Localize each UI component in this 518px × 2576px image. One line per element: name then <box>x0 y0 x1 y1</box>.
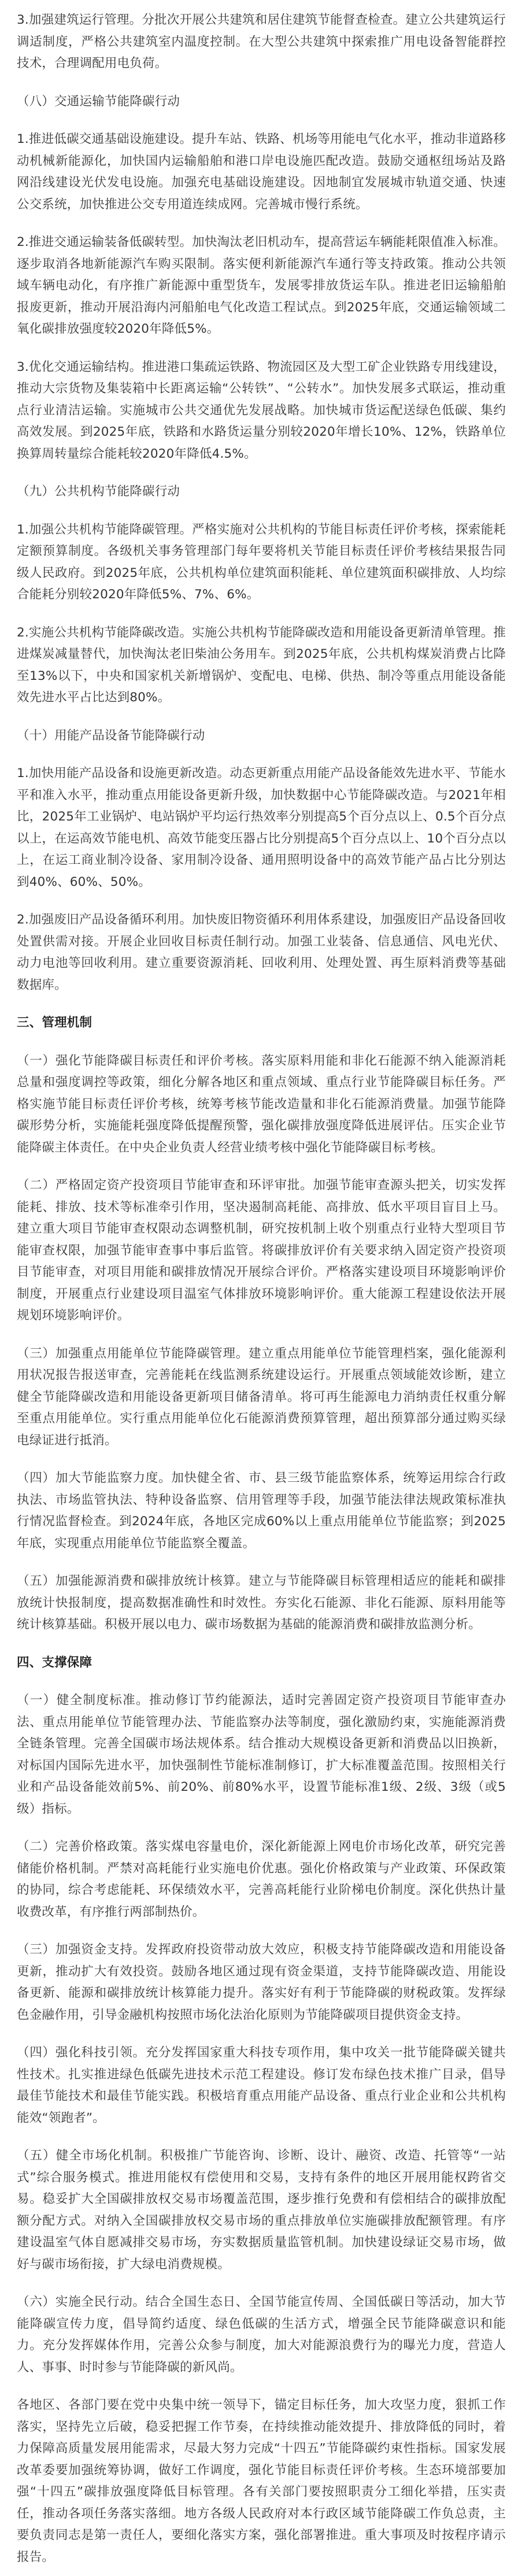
para-building-operation: 3.加强建筑运行管理。分批次开展公共建筑和居住建筑节能督查检查。建立公共建筑运行… <box>17 9 506 75</box>
heading-equipment-action: （十）用能产品设备节能降碳行动 <box>17 725 506 747</box>
para-mgmt-key-units: （三）加强重点用能单位节能降碳管理。建立重点用能单位节能管理档案，强化能源利用状… <box>17 1343 506 1452</box>
heading-transport-action: （八）交通运输节能降碳行动 <box>17 91 506 113</box>
para-support-technology: （四）强化科技引领。充分发挥国家重大科技专项作用，集中攻关一批节能降碳关键共性技… <box>17 2042 506 2129</box>
article-body: 3.加强建筑运行管理。分批次开展公共建筑和居住建筑节能督查检查。建立公共建筑运行… <box>0 0 518 2568</box>
para-equipment-recycling: 2.加强废旧产品设备循环利用。加快废旧物资循环利用体系建设，加强废旧产品设备回收… <box>17 909 506 996</box>
para-transport-infrastructure: 1.推进低碳交通基础设施建设。提升车站、铁路、机场等用能电气化水平，推动非道路移… <box>17 128 506 215</box>
heading-management-mechanism: 三、管理机制 <box>17 1012 506 1034</box>
para-transport-equipment: 2.推进交通运输装备低碳转型。加快淘汰老旧机动车，提高营运车辆能耗限值准入标准。… <box>17 231 506 340</box>
heading-support-guarantee: 四、支撑保障 <box>17 1652 506 1674</box>
para-closing: 各地区、各部门要在党中央集中统一领导下，锚定目标任务，加大攻坚力度，狠抓工作落实… <box>17 2394 506 2568</box>
para-mgmt-statistics: （五）加强能源消费和碳排放统计核算。建立与节能降碳目标管理相适应的能耗和碳排放统… <box>17 1570 506 1636</box>
para-mgmt-supervision: （四）加大节能监察力度。加快健全省、市、县三级节能监察体系，统筹运用综合行政执法… <box>17 1467 506 1554</box>
para-equipment-upgrade: 1.加快用能产品设备和设施更新改造。动态更新重点用能产品设备能效先进水平、节能水… <box>17 763 506 893</box>
para-support-funding: （三）加强资金支持。发挥政府投资带动放大效应，积极支持节能降碳改造和用能设备更新… <box>17 1939 506 2026</box>
para-transport-structure: 3.优化交通运输结构。推进港口集疏运铁路、物流园区及大型工矿企业铁路专用线建设，… <box>17 356 506 465</box>
para-public-institution-management: 1.加强公共机构节能降碳管理。严格实施对公共机构的节能目标责任评价考核，探索能耗… <box>17 519 506 606</box>
para-support-pricing: （二）完善价格政策。落实煤电容量电价，深化新能源上网电价市场化改革，研究完善储能… <box>17 1836 506 1923</box>
heading-public-institution-action: （九）公共机构节能降碳行动 <box>17 481 506 503</box>
para-mgmt-target-responsibility: （一）强化节能降碳目标责任和评价考核。落实原料用能和非化石能源不纳入能源消耗总量… <box>17 1050 506 1159</box>
para-support-standards: （一）健全制度标准。推动修订节约能源法，适时完善固定资产投资项目节能审查办法、重… <box>17 1690 506 1820</box>
para-support-public-action: （六）实施全民行动。结合全国生态日、全国节能宣传周、全国低碳日等活动，加大节能降… <box>17 2291 506 2378</box>
para-support-market: （五）健全市场化机制。积极推广节能咨询、诊断、设计、融资、改造、托管等“一站式”… <box>17 2145 506 2275</box>
para-mgmt-project-review: （二）严格固定资产投资项目节能审查和环评审批。加强节能审查源头把关，切实发挥能耗… <box>17 1175 506 1327</box>
para-public-institution-retrofit: 2.实施公共机构节能降碳改造。实施公共机构节能降碳改造和用能设备更新清单管理。推… <box>17 622 506 709</box>
